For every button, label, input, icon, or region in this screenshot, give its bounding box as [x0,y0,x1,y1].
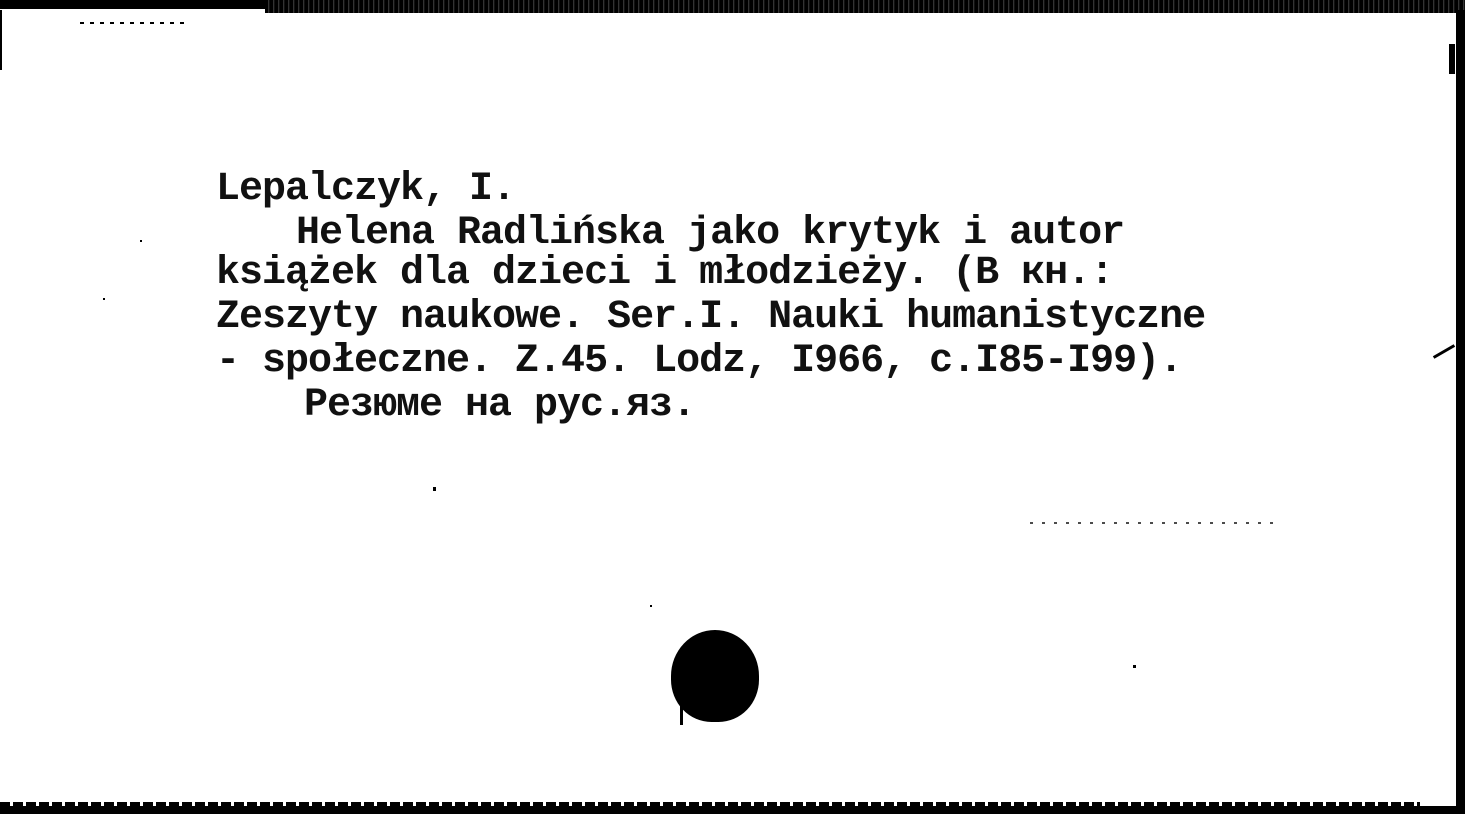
source-line-2: - społeczne. Z.45. Lodz, I966, c.I85-I99… [216,340,1182,384]
scan-speck [1133,665,1136,668]
card-bottom-edge [0,806,1465,814]
card-left-edge [0,10,2,70]
scan-speck [103,298,105,300]
author-line: Lepalczyk, I. [216,168,515,212]
punch-hole [671,630,759,722]
scan-speck [140,240,142,242]
scan-speck [1458,300,1462,340]
card-right-edge [1456,10,1465,814]
scan-noise [1030,522,1280,524]
card-top-edge-texture [265,0,1465,13]
title-line-1: Helena Radlińska jako krytyk i autor [296,212,1124,256]
catalog-card: Lepalczyk, I. Helena Radlińska jako kryt… [0,0,1465,814]
pencil-mark [1433,344,1455,359]
scan-speck [650,605,652,607]
summary-note: Резюме на рус.яз. [304,384,695,428]
source-line-1: Zeszyty naukowe. Ser.I. Nauki humanistyc… [216,296,1205,340]
title-line-2: książek dla dzieci i młodzieży. (В кн.: [216,252,1113,296]
scan-noise [80,22,190,24]
scan-speck [433,487,436,491]
card-edge-mark [1449,44,1455,74]
scan-speck [680,705,683,725]
